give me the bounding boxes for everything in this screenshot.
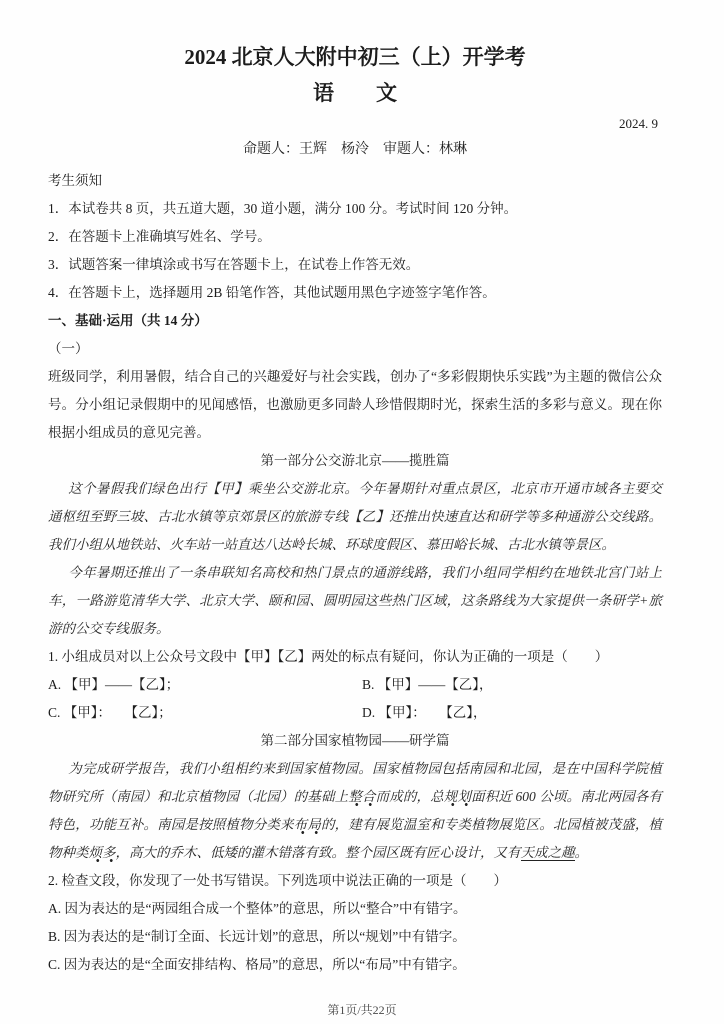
notice-item-3: 3．试题答案一律填涂或书写在答题卡上，在试卷上作答无效。: [48, 251, 662, 279]
emphasized-word-zhenghe: 整合: [348, 789, 375, 807]
bus-tour-paragraph-2: 今年暑期还推出了一条串联知名高校和热门景点的通游线路，我们小组同学相约在地铁北宫…: [48, 559, 662, 643]
bus-tour-paragraph-1: 这个暑假我们绿色出行【甲】乘坐公交游北京。今年暑期针对重点景区，北京市开通市域各…: [48, 475, 662, 559]
notice-item-1: 1．本试卷共 8 页，共五道大题，30 道小题，满分 100 分。考试时间 12…: [48, 195, 662, 223]
text-segment: 而成的，总: [376, 789, 444, 804]
question-1-option-c: C. 【甲】： 【乙】；: [48, 699, 362, 727]
question-2-options: A. 因为表达的是“两园组合成一个整体”的意思，所以“整合”中有错字。 B. 因…: [48, 895, 662, 979]
question-2-stem: 2. 检查文段，你发现了一处书写错误。下列选项中说法正确的一项是（ ）: [48, 867, 662, 895]
page-footer: 第1页/共22页: [0, 1002, 724, 1018]
emphasized-word-buju: 布局: [294, 817, 321, 835]
notice-block: 考生须知 1．本试卷共 8 页，共五道大题，30 道小题，满分 100 分。考试…: [48, 167, 662, 307]
part-label: （一）: [48, 335, 662, 363]
question-2-option-c: C. 因为表达的是“全面安排结构、格局”的意思，所以“布局”中有错字。: [48, 951, 662, 979]
exam-authors: 命题人：王辉 杨泠 审题人：林琳: [48, 140, 662, 159]
emphasized-word-guihua: 规划: [444, 789, 471, 807]
exam-subject: 语 文: [48, 80, 662, 106]
exam-title: 2024 北京人大附中初三（上）开学考: [48, 44, 662, 70]
question-2-option-b: B. 因为表达的是“制订全面、长远计划”的意思，所以“规划”中有错字。: [48, 923, 662, 951]
underlined-phrase: 天成之趣: [521, 845, 575, 861]
emphasized-word-fanduo: 烦多: [89, 845, 116, 863]
question-1-option-b: B. 【甲】——【乙】，: [362, 671, 662, 699]
part2-heading: 第二部分国家植物园——研学篇: [48, 727, 662, 755]
question-1-option-d: D. 【甲】： 【乙】，: [362, 699, 662, 727]
text-segment: ，高大的乔木、低矮的灌木错落有致。整个园区既有匠心设计，又有: [116, 845, 521, 860]
exam-page: 2024 北京人大附中初三（上）开学考 语 文 2024. 9 命题人：王辉 杨…: [0, 0, 724, 1024]
notice-item-2: 2．在答题卡上准确填写姓名、学号。: [48, 223, 662, 251]
intro-paragraph: 班级同学，利用暑假，结合自己的兴趣爱好与社会实践，创办了“多彩假期快乐实践”为主…: [48, 363, 662, 447]
question-1-option-a: A. 【甲】——【乙】；: [48, 671, 362, 699]
question-2-option-a: A. 因为表达的是“两园组合成一个整体”的意思，所以“整合”中有错字。: [48, 895, 662, 923]
section-one-heading: 一、基础·运用（共 14 分）: [48, 307, 662, 335]
exam-date: 2024. 9: [48, 116, 662, 132]
question-1-options: A. 【甲】——【乙】； B. 【甲】——【乙】， C. 【甲】： 【乙】； D…: [48, 671, 662, 727]
question-1-stem: 1. 小组成员对以上公众号文段中【甲】【乙】两处的标点有疑问，你认为正确的一项是…: [48, 643, 662, 671]
text-segment: 。: [575, 845, 589, 860]
garden-paragraph: 为完成研学报告，我们小组相约来到国家植物园。国家植物园包括南园和北园，是在中国科…: [48, 755, 662, 867]
part1-heading: 第一部分公交游北京——揽胜篇: [48, 447, 662, 475]
notice-item-4: 4．在答题卡上，选择题用 2B 铅笔作答，其他试题用黑色字迹签字笔作答。: [48, 279, 662, 307]
notice-heading: 考生须知: [48, 167, 662, 195]
